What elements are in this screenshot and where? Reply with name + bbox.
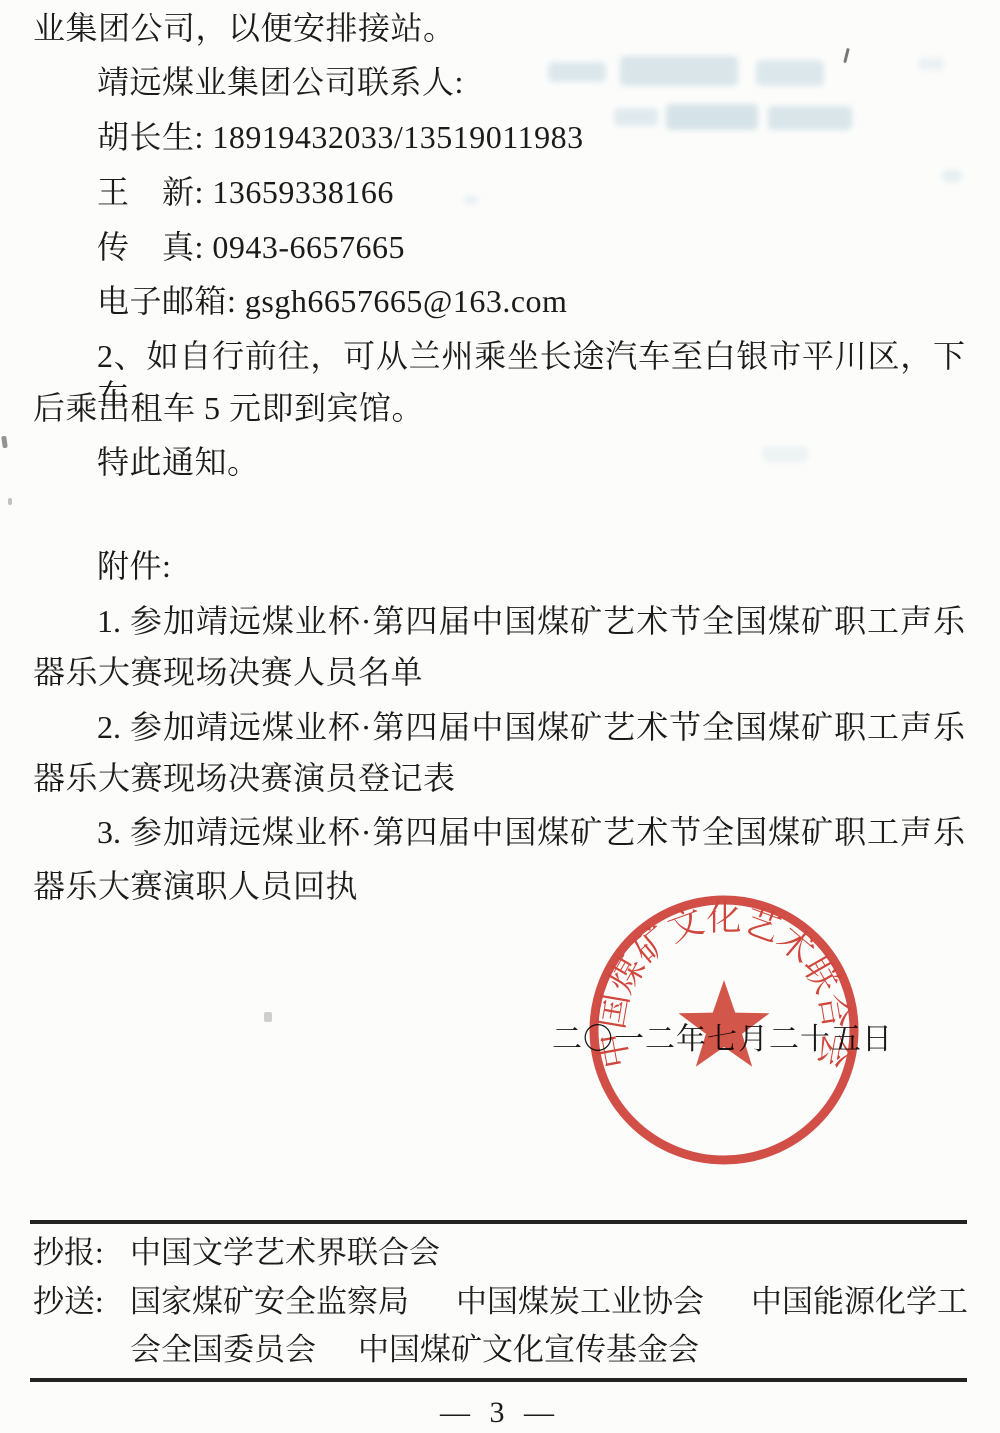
attachment-item-3: 3. 参加靖远煤业杯·第四届中国煤矿艺术节全国煤矿职工声乐: [97, 812, 965, 852]
bleed-smudge: [464, 196, 478, 204]
bleed-smudge: [768, 106, 852, 130]
body-line: 后乘出租车 5 元即到宾馆。: [33, 388, 424, 428]
copy-report-label: 抄报:: [33, 1233, 104, 1273]
footer-top-rule: [30, 1220, 967, 1224]
body-line-phone: 王 新: 13659338166: [97, 172, 394, 212]
body-line: 靖远煤业集团公司联系人:: [97, 62, 464, 102]
attachments-heading: 附件:: [97, 546, 171, 586]
bleed-smudge: [918, 58, 944, 70]
scan-speck: [843, 48, 850, 63]
copy-send-org: 会全国委员会: [130, 1330, 316, 1370]
scan-speck: [264, 1012, 272, 1022]
bleed-smudge: [762, 446, 808, 462]
body-line-email: 电子邮箱: gsgh6657665@163.com: [97, 281, 567, 321]
body-line: 业集团公司，以便安排接站。: [33, 8, 456, 48]
copy-send-line1: 国家煤矿安全监察局 中国煤炭工业协会 中国能源化学工: [130, 1282, 968, 1322]
copy-send-org: 中国能源化学工: [751, 1282, 968, 1322]
body-line: 特此通知。: [97, 442, 260, 482]
body-line-phone: 胡长生: 18919432033/13519011983: [97, 117, 584, 157]
attachment-item-1-wrap: 器乐大赛现场决赛人员名单: [33, 652, 423, 692]
bleed-smudge: [548, 62, 606, 82]
copy-send-line2: 会全国委员会 中国煤矿文化宣传基金会: [130, 1330, 699, 1370]
footer-bottom-rule: [30, 1378, 967, 1382]
attachment-item-3-wrap: 器乐大赛演职人员回执: [33, 866, 358, 906]
copy-send-label: 抄送:: [33, 1282, 104, 1322]
bleed-smudge: [942, 170, 962, 182]
copy-send-org: 中国煤炭工业协会: [456, 1282, 704, 1322]
scan-speck: [8, 498, 12, 505]
attachment-item-2: 2. 参加靖远煤业杯·第四届中国煤矿艺术节全国煤矿职工声乐: [97, 707, 965, 747]
bleed-smudge: [756, 60, 824, 86]
document-date: 二〇一二年七月二十五日: [552, 1023, 893, 1057]
attachment-item-1: 1. 参加靖远煤业杯·第四届中国煤矿艺术节全国煤矿职工声乐: [97, 601, 965, 641]
copy-send-org: 中国煤矿文化宣传基金会: [358, 1330, 699, 1370]
scan-speck: [1, 436, 8, 449]
copy-send-org: 国家煤矿安全监察局: [130, 1282, 409, 1322]
scanned-document-page: 业集团公司，以便安排接站。 靖远煤业集团公司联系人: 胡长生: 18919432…: [0, 0, 1000, 1433]
body-line-fax: 传 真: 0943-6657665: [97, 227, 405, 267]
bleed-smudge: [614, 108, 658, 126]
copy-report-value: 中国文学艺术界联合会: [130, 1233, 440, 1273]
attachment-item-2-wrap: 器乐大赛现场决赛演员登记表: [33, 758, 456, 798]
bleed-smudge: [620, 56, 738, 86]
bleed-smudge: [666, 104, 758, 130]
page-number: — 3 —: [0, 1396, 1000, 1430]
